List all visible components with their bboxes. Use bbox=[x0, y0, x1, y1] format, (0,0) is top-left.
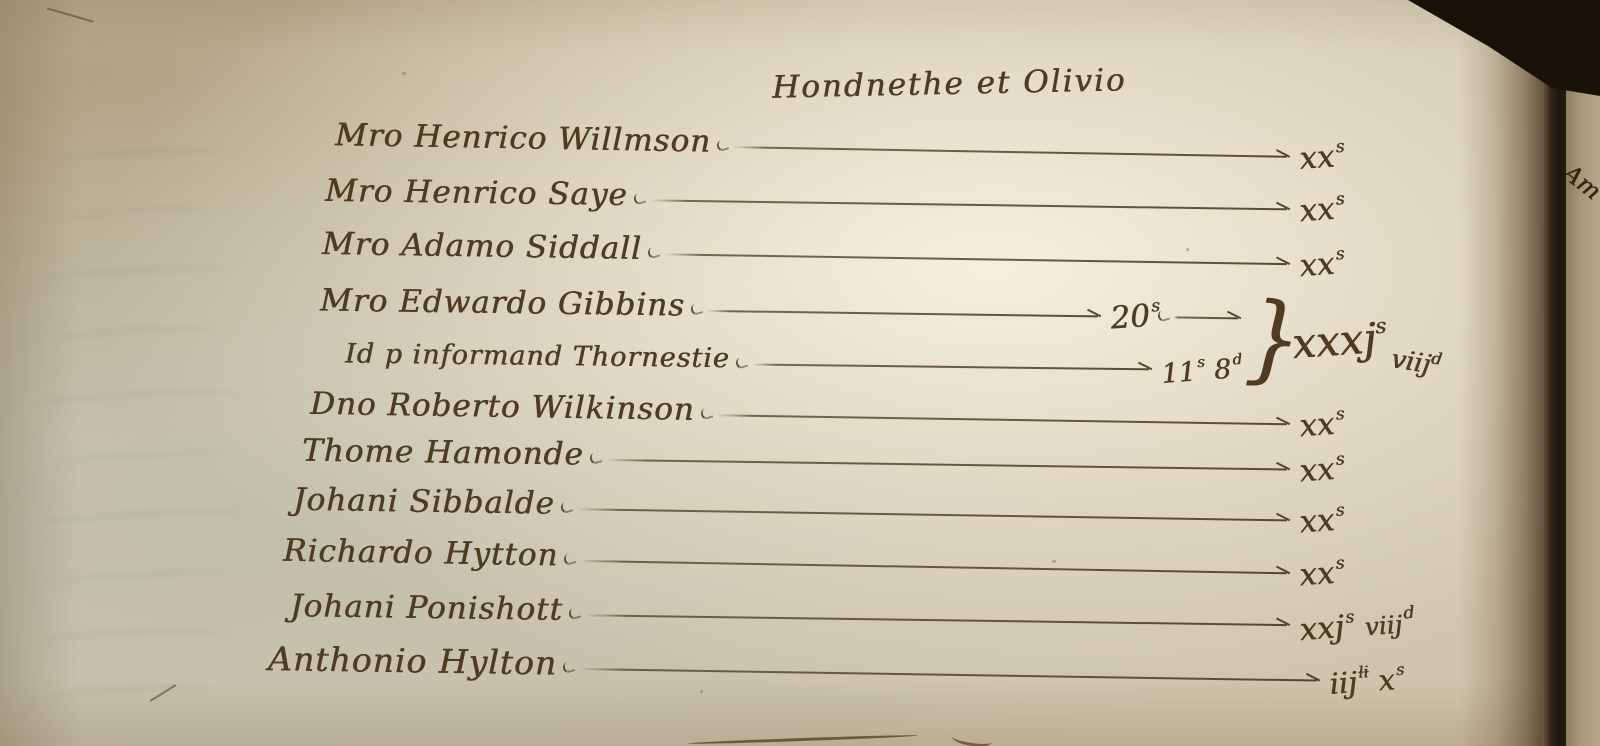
entry-amount: xxs bbox=[1298, 499, 1347, 547]
entry-name: Johani Ponishott bbox=[290, 584, 571, 632]
amount-value: xx bbox=[1298, 555, 1335, 593]
book-gutter-shadow bbox=[1542, 0, 1566, 746]
amount-unit: s bbox=[1334, 439, 1346, 480]
entry-amount: xxs bbox=[1298, 552, 1347, 600]
show-through-line bbox=[52, 324, 218, 348]
amount-unit: s bbox=[1334, 543, 1346, 584]
ledger-row: Anthonio Hylton iijli xs bbox=[268, 633, 1406, 699]
ledger-row: Mro Henrico Willmson xxs bbox=[335, 109, 1346, 175]
entry-amount: xxjs viijd bbox=[1298, 602, 1417, 655]
amount-value: xx bbox=[1298, 451, 1336, 489]
show-through-line bbox=[58, 448, 229, 472]
show-through-line bbox=[26, 625, 232, 651]
page-curl-shadow bbox=[1460, 0, 1542, 746]
amount-value: viij bbox=[1389, 344, 1433, 380]
entry-name: Mro Henrico Saye bbox=[325, 169, 636, 217]
amount-unit: s bbox=[1334, 234, 1346, 275]
next-page-edge: Am bbox=[1566, 0, 1600, 746]
entry-amount: iijli xs bbox=[1328, 659, 1407, 709]
page-heading: Hondnethe et Olivio bbox=[772, 62, 1127, 105]
show-through-line bbox=[30, 506, 245, 532]
group-total-pence: viijd bbox=[1389, 344, 1443, 381]
entry-amount: xxs bbox=[1298, 188, 1347, 236]
group-total-shillings: xxxjs bbox=[1290, 313, 1388, 368]
amount-unit-2: d bbox=[1231, 339, 1243, 380]
amount-value: 11 bbox=[1160, 356, 1197, 389]
amount-unit-2: s bbox=[1395, 650, 1406, 690]
amount-unit: d bbox=[1430, 349, 1443, 369]
ledger-row: Mro Edwardo Gibbins 20s bbox=[320, 275, 1251, 336]
next-page-ink-fragment: Am bbox=[1566, 159, 1600, 206]
amount-value: xxj bbox=[1299, 609, 1346, 648]
entry-amount: xxs bbox=[1298, 243, 1347, 291]
show-through-line bbox=[60, 204, 211, 227]
entry-name: Id p informand Thornestie bbox=[345, 333, 738, 382]
entry-name: Thome Hamonde bbox=[302, 429, 592, 477]
amount-value-2: x bbox=[1378, 662, 1397, 697]
amount-value: xx bbox=[1298, 191, 1336, 229]
entry-rule bbox=[717, 414, 1288, 425]
amount-unit-2: d bbox=[1402, 592, 1416, 633]
entry-name: Dno Roberto Wilkinson bbox=[310, 382, 703, 432]
show-through-line bbox=[34, 387, 240, 413]
entry-rule bbox=[664, 253, 1287, 265]
amount-unit: s bbox=[1344, 597, 1356, 638]
entry-rule-continuation bbox=[1174, 316, 1238, 319]
entry-rule bbox=[733, 146, 1287, 158]
next-page-top-shadow bbox=[1566, 0, 1600, 95]
entry-name: Mro Henrico Willmson bbox=[335, 113, 720, 164]
amount-value: xxxj bbox=[1290, 314, 1377, 369]
bottom-partial-stroke bbox=[688, 734, 918, 745]
show-through-line bbox=[48, 567, 234, 592]
entry-rule bbox=[650, 199, 1288, 210]
entry-rule bbox=[585, 614, 1287, 626]
group-total: xxxjsviijd bbox=[1292, 316, 1437, 365]
entry-name: Mro Adamo Siddall bbox=[322, 222, 651, 271]
manuscript-page: Hondnethe et Olivio Mro Henrico Willmson… bbox=[0, 0, 1600, 746]
entry-name: Anthonio Hylton bbox=[268, 637, 566, 686]
show-through-line bbox=[38, 263, 234, 288]
entry-rule bbox=[577, 508, 1288, 521]
paper-speck bbox=[700, 690, 703, 693]
amount-value: iij bbox=[1329, 665, 1359, 701]
entry-rule bbox=[707, 310, 1098, 317]
entry-rule bbox=[579, 668, 1317, 682]
amount-unit: s bbox=[1195, 342, 1206, 382]
amount-value: xx bbox=[1298, 139, 1335, 177]
entry-rule bbox=[580, 560, 1287, 574]
entry-rule bbox=[752, 363, 1149, 370]
entry-rule bbox=[606, 459, 1288, 471]
paper-speck bbox=[402, 72, 406, 75]
show-through-line bbox=[44, 682, 210, 706]
ledger-row: Id p informand Thornestie 11s 8d bbox=[345, 329, 1243, 388]
amount-value: xx bbox=[1298, 246, 1335, 284]
paper-fiber bbox=[150, 684, 177, 702]
entry-name: Richardo Hytton bbox=[283, 529, 567, 578]
entry-name: Mro Edwardo Gibbins bbox=[320, 279, 693, 328]
amount-unit: s bbox=[1334, 394, 1346, 435]
amount-unit: s bbox=[1374, 314, 1386, 339]
ledger-row: Mro Henrico Saye xxs bbox=[325, 165, 1346, 227]
entry-amount: 20s bbox=[1109, 295, 1162, 344]
amount-unit: li bbox=[1357, 653, 1370, 694]
amount-unit: s bbox=[1334, 126, 1346, 167]
entry-amount: xxs bbox=[1298, 136, 1347, 184]
bottom-partial-stroke bbox=[951, 730, 992, 746]
amount-value-2: viij bbox=[1364, 610, 1404, 642]
paper-fiber bbox=[47, 7, 94, 22]
show-through-line bbox=[46, 145, 227, 169]
amount-value: 20 bbox=[1109, 298, 1151, 337]
entry-name: Johani Sibbalde bbox=[293, 478, 563, 526]
ledger-row: Johani Ponishott xxjs viijd bbox=[290, 580, 1416, 644]
amount-value-2: 8 bbox=[1212, 354, 1231, 386]
amount-unit: s bbox=[1334, 490, 1346, 531]
amount-value: xx bbox=[1298, 502, 1335, 540]
amount-unit: s bbox=[1334, 179, 1346, 220]
ledger-row: Mro Adamo Siddall xxs bbox=[322, 218, 1346, 282]
